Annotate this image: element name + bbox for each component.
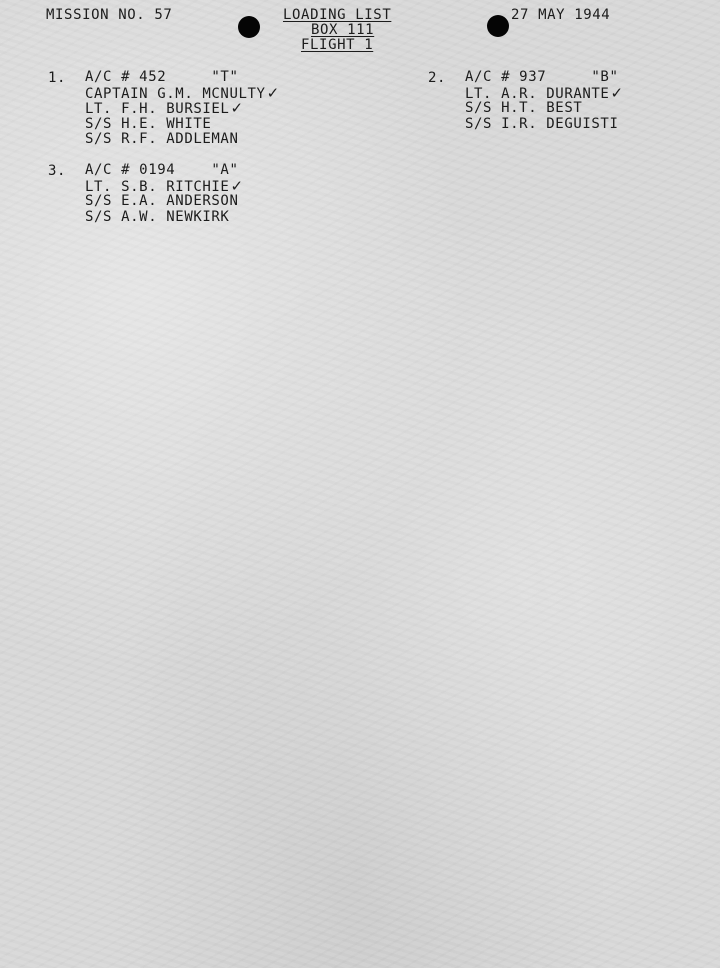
crew-member: S/S I.R. DEGUISTI <box>465 117 624 133</box>
document-page: MISSION NO. 57 LOADING LIST BOX 111 FLIG… <box>0 0 720 968</box>
aircraft-id: A/C # 0194 "A" <box>85 163 244 179</box>
crew-member: LT. F.H. BURSIEL✓ <box>85 101 280 117</box>
header-flight: FLIGHT 1 <box>301 37 373 53</box>
crew-member: S/S A.W. NEWKIRK <box>85 210 244 226</box>
crew-member: S/S E.A. ANDERSON <box>85 194 244 210</box>
header-box: BOX 111 <box>311 22 374 38</box>
entry-number: 2. <box>428 70 446 86</box>
entry-number: 3. <box>48 163 66 179</box>
crew-member: CAPTAIN G.M. MCNULTY✓ <box>85 86 280 102</box>
check-mark-icon: ✓ <box>230 99 243 117</box>
mission-number: MISSION NO. 57 <box>46 7 172 23</box>
aircraft-id: A/C # 937 "B" <box>465 70 624 86</box>
document-date: 27 MAY 1944 <box>511 7 610 23</box>
entry-number: 1. <box>48 70 66 86</box>
punch-hole-right <box>487 15 509 37</box>
header-title: LOADING LIST <box>283 7 391 23</box>
crew-member: S/S H.E. WHITE <box>85 117 280 133</box>
aircraft-id: A/C # 452 "T" <box>85 70 280 86</box>
check-mark-icon: ✓ <box>230 177 243 195</box>
check-mark-icon: ✓ <box>267 84 280 102</box>
crew-member: LT. S.B. RITCHIE✓ <box>85 179 244 195</box>
check-mark-icon: ✓ <box>610 84 623 102</box>
crew-member: S/S R.F. ADDLEMAN <box>85 132 280 148</box>
punch-hole-left <box>238 16 260 38</box>
crew-member: S/S H.T. BEST <box>465 101 624 117</box>
crew-member: LT. A.R. DURANTE✓ <box>465 86 624 102</box>
